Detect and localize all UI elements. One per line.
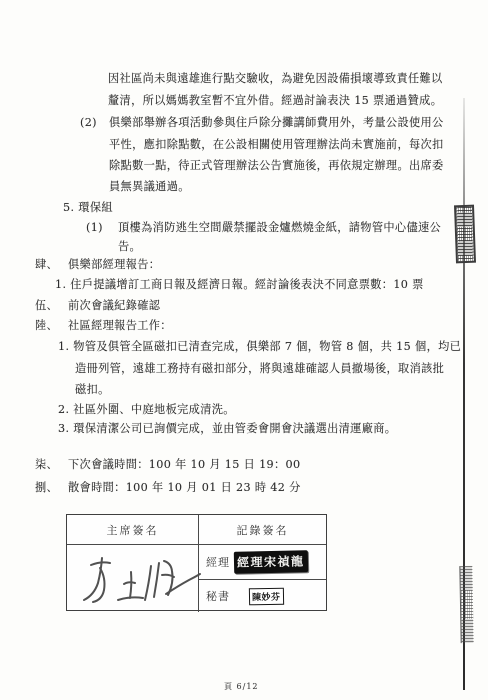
manager-signature-row: 經理 經理宋禎龍 [198, 544, 326, 579]
body-line: 頂樓為消防逃生空間嚴禁擺設金爐燃燒金紙，請物管中心儘速公 [118, 221, 441, 235]
section-title: 俱樂部經理報告： [68, 258, 160, 272]
next-meeting-time: 下次會議時間：100 年 10 月 15 日 19：00 [68, 458, 301, 472]
manager-name-stamp: 經理宋禎龍 [234, 550, 308, 574]
adjourn-time: 散會時間：100 年 10 月 01 日 23 時 42 分 [68, 481, 301, 495]
secretary-name-stamp: 陳妙芬 [249, 587, 284, 605]
secretary-label: 秘書 [206, 588, 230, 604]
signature-table: 主席簽名 記錄簽名 經理 經理宋禎龍 秘書 陳妙芬 [66, 514, 327, 611]
list-marker: (2) [80, 116, 97, 130]
body-line: 造冊列管，遠雄工務持有磁扣部分，將與遠雄確認人員撤場後，取消該批 [75, 362, 444, 376]
body-line: 3. 環保清潔公司已詢價完成，並由管委會開會決議選出清運廠商。 [58, 422, 396, 436]
body-line: 因社區尚未與遠雄進行點交驗收，為避免因設備損壞導致責任難以 [108, 72, 443, 86]
section-title: 前次會議紀錄確認 [68, 299, 160, 313]
scanned-minutes-page: 因社區尚未與遠雄進行點交驗收，為避免因設備損壞導致責任難以 釐清，所以媽媽教室暫… [0, 0, 488, 700]
body-line: 磁扣。 [75, 383, 110, 397]
body-line: 除點數一點，待正式管理辦法公告實施後，再依規定辦理。出席委 [109, 159, 444, 173]
body-line: 1. 住戶提議增訂工商日報及經濟日報。經討論後表決不同意票數：10 票 [55, 278, 424, 292]
section-marker: 捌、 [35, 481, 58, 495]
body-line: 平性，應扣除點數，在公設相關使用管理辦法尚未實施前，每次扣 [109, 138, 444, 152]
section-marker: 陸、 [35, 319, 58, 333]
body-line: 俱樂部舉辦各項活動參與住戶除分攤講師費用外，考量公設使用公 [109, 116, 444, 130]
section-marker: 肆、 [35, 258, 58, 272]
margin-stamp-bottom [459, 566, 473, 643]
section-marker: 柒、 [35, 458, 58, 472]
section-title: 社區經理報告工作： [68, 319, 172, 333]
body-line: 2. 社區外圍、中庭地板完成清洗。 [58, 403, 235, 417]
body-line: 1. 物管及俱管全區磁扣已清查完成，俱樂部 7 個，物管 8 個，共 15 個，… [58, 340, 461, 354]
manager-label: 經理 [206, 554, 230, 570]
body-line: 告。 [118, 240, 141, 254]
list-marker: (1) [86, 221, 103, 235]
chairman-signature-cell [67, 544, 198, 612]
page-number: 頁 6/12 [224, 681, 259, 692]
chairman-signature-header: 主席簽名 [67, 515, 198, 544]
chairman-signature [79, 553, 201, 609]
margin-stamp-top [454, 205, 476, 264]
body-line: 釐清，所以媽媽教室暫不宜外借。經過討論表決 15 票通過贊成。 [108, 94, 442, 108]
secretary-signature-row: 秘書 陳妙芬 [198, 579, 326, 612]
subsection-title: 5. 環保組 [63, 201, 113, 215]
recorder-signature-header: 記錄簽名 [198, 515, 326, 544]
section-marker: 伍、 [35, 299, 58, 313]
body-line: 員無異議通過。 [109, 180, 190, 194]
